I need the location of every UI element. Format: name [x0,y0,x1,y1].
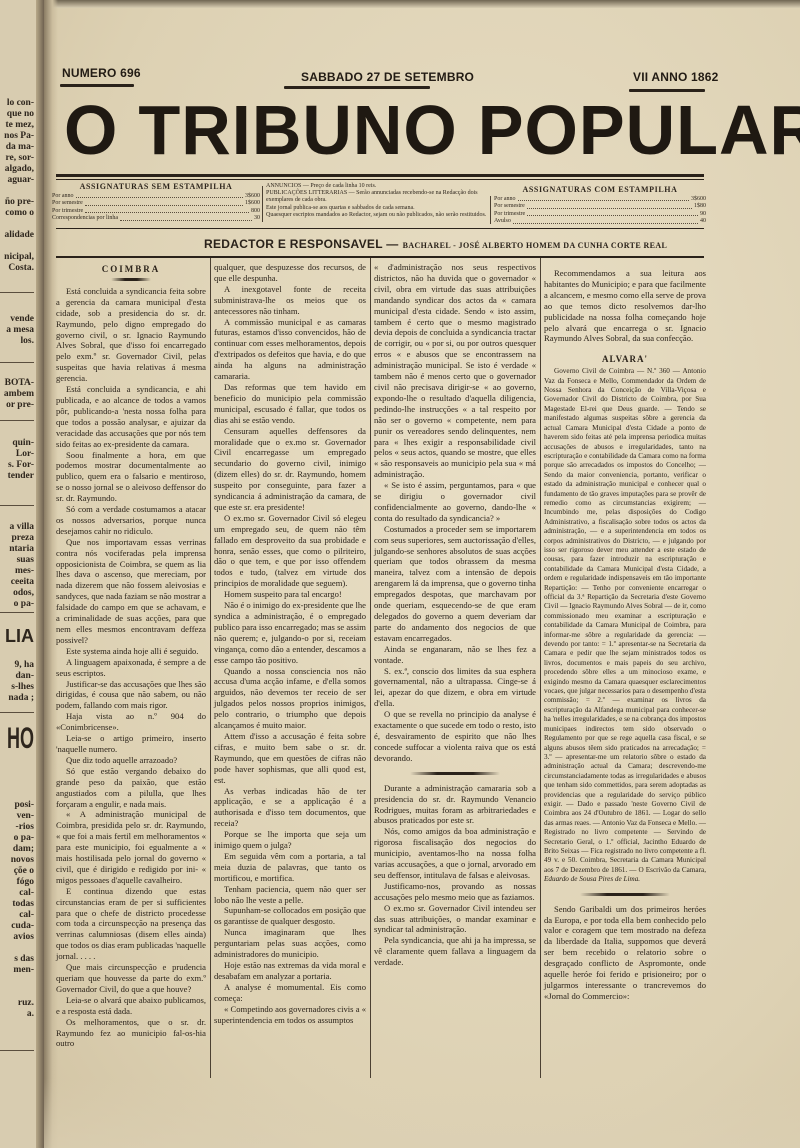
price-value: 3$600 [691,196,706,204]
intro-paragraph: Recommendamos a sua leitura aos habitant… [544,268,706,344]
divider [0,612,34,613]
paragraph: A linguagem apaixonada, é sempre a de se… [56,657,206,679]
quoted-paragraph: « A administração municipal de Coimbra, … [56,809,206,885]
price-row: Por trimestre800 [52,208,260,216]
paragraph: O ex.mo sr. Governador Civil intendeu se… [374,903,536,936]
price-label: Por anno [52,193,74,201]
paragraph: Que nos importavam essas verrinas contra… [56,537,206,646]
column-4: Recommendamos a sua leitura aos habitant… [544,262,706,1002]
column-3: « d'administração nos seus respectivos d… [374,262,536,968]
subscriptions-with-stamp: ASSIGNATURAS COM ESTAMPILHA Por anno3$60… [494,186,706,226]
announcement-literary: PUBLICAÇÕES LITTERARIAS — Serão annuncia… [266,190,488,204]
paragraph: Attem d'isso a accusação é feita sobre c… [214,731,366,786]
paragraph: A commissão municipal e as camaras futur… [214,317,366,382]
paragraph: A analyse é momumental. Eis como começa: [214,982,366,1004]
paragraph: Leia-se o alvará que abaixo publicamos, … [56,995,206,1017]
page-bottom-margin [44,1078,800,1148]
paragraph: Justificar-se das accusações que lhes sã… [56,679,206,712]
fragment-text-top: lo con- que no te mez, nos Pa- da ma- re… [4,98,34,274]
paragraph: A inexgotavel fonte de receita subminist… [214,284,366,317]
divider [0,420,34,421]
paragraph: Ainda se enganaram, não se lhes fez a vo… [374,644,536,666]
newspaper-page: NUMERO 696 SABBADO 27 DE SETEMBRO VII AN… [44,0,800,1148]
quoted-paragraph: « Competindo aos governadores civis a « … [214,1004,366,1026]
price-row: Por anno3$600 [494,196,706,204]
issue-date-underline [284,86,430,89]
announcements-notice: ANNUNCIOS — Preço de cada linha 10 reis.… [266,183,488,219]
section-heading-coimbra: COIMBRA [56,264,206,275]
paragraph: Soou finalmente a hora, em que podemos m… [56,450,206,505]
announcement-schedule: Este jornal publica-se aos quartas e sab… [266,205,488,212]
quoted-paragraph: « d'administração nos seus respectivos d… [374,262,536,480]
masthead-rule [56,174,704,177]
column-rule [210,258,211,1078]
issue-date: SABBADO 27 DE SETEMBRO [301,70,474,84]
paragraph: Homem suspeito para tal encargo! [214,589,366,600]
paragraph: O ex.mo sr. Governador Civil só elegeu u… [214,513,366,589]
price-label: Correspondencias por linha [52,215,118,223]
header-rule [56,228,704,229]
column-rule [370,258,371,1078]
alvara-signature: Eduardo de Sousa Pires de Lima. [544,875,640,883]
issue-number-underline [60,84,134,87]
paragraph: Em seguida vêm com a portaria, a tal mei… [214,851,366,884]
quoted-paragraph: « Se isto é assim, perguntamos, para « q… [374,480,536,524]
column-divider [490,196,491,224]
column-2: qualquer, que despuzesse dos recursos, d… [214,262,366,1025]
price-label: Por trimestre [52,208,83,216]
paragraph: Este systema ainda hoje alli é seguido. [56,646,206,657]
divider [0,292,34,293]
divider [0,712,34,713]
newspaper-title: O TRIBUNO POPULAR [64,90,691,170]
paragraph: Quando a nossa consciencia nos não accus… [214,666,366,731]
paragraph: Supunham-se collocados em posição que os… [214,905,366,927]
paragraph: Não é o inimigo do ex-presidente que lhe… [214,600,366,665]
page-edge [44,0,800,8]
paragraph: Justificamo-nos, provando as nossas accu… [374,881,536,903]
subscriptions-without-stamp-title: ASSIGNATURAS SEM ESTAMPILHA [52,183,260,191]
paragraph: Que diz todo aquelle arrazoado? [56,755,206,766]
paragraph: qualquer, que despuzesse dos recursos, d… [214,262,366,284]
fragment-text-bota: BOTA- ambem or pre- [4,378,34,411]
fragment-text-villa: a villa preza ntaria suas mes- ceeita od… [9,522,34,610]
price-label: Avulso [494,218,511,226]
paragraph: Nós, como amigos da boa administração e … [374,826,536,881]
fragment-text-mid: vende a mesa los. [6,314,34,347]
header-rule-bottom [56,256,704,258]
alvara-heading: ALVARA' [544,354,706,365]
column-rule [540,258,541,1078]
ornament-divider [580,893,670,896]
subscriptions-with-stamp-title: ASSIGNATURAS COM ESTAMPILHA [494,186,706,194]
announcement-manuscripts: Quaesquer escriptos mandados ao Redactor… [266,212,488,219]
price-value: 3$600 [245,193,260,201]
paragraph: Das reformas que tem havido em beneficio… [214,382,366,426]
price-value: 30 [254,215,260,223]
column-1: COIMBRA Está concluida a syndicancia fei… [56,262,206,1049]
paragraph: Nunca imaginaram que lhes perguntariam p… [214,927,366,960]
fragment-heading-iho: HO [7,722,34,756]
paragraph: Está concluida a syndicancia, e ahi publ… [56,384,206,449]
paragraph: Censuram aquelles deffensores da moralid… [214,426,366,513]
ornament-divider [111,278,151,281]
price-value: 1$600 [245,200,260,208]
issue-year: VII ANNO 1862 [633,70,719,84]
price-value: 40 [700,218,706,226]
alvara-text: Governo Civil de Coimbra — N.º 360 — Ant… [544,367,706,884]
fragment-heading-lia: LIA [5,626,34,647]
paragraph: E continua dizendo que estas circunstanc… [56,886,206,962]
paragraph: As verbas indicadas hão de ter applicaçã… [214,786,366,830]
column-divider [262,186,263,222]
paragraph: O que se revella no principio da analyse… [374,709,536,764]
price-label: Por anno [494,196,516,204]
paragraph: Só que estão vergando debaixo do grande … [56,766,206,810]
paragraph: Porque se lhe importa que seja um inimig… [214,829,366,851]
paragraph: Haja vista ao n.º 904 do «Conimbricense»… [56,711,206,733]
garibaldi-paragraph: Sendo Garibaldi um dos primeiros heróes … [544,904,706,1002]
price-value: 1$80 [694,203,706,211]
divider [0,362,34,363]
editor-line: REDACTOR E RESPONSAVEL —BACHAREL - JOSÉ … [204,235,667,253]
paragraph: Pela syndicancia, que ahi ja ha impressa… [374,935,536,968]
page-gutter [36,0,44,1148]
alvara-body: Governo Civil de Coimbra — N.º 360 — Ant… [544,367,706,874]
paragraph: Leia-se o artigo primeiro, inserto 'naqu… [56,733,206,755]
paragraph: Que mais circunspecção e prudencia queri… [56,962,206,995]
issue-number: NUMERO 696 [62,66,141,80]
paragraph: Tenham paciencia, quem não quer ser lobo… [214,884,366,906]
fragment-text-lia: 9, ha dan- s-lhes nada ; [8,660,34,704]
paragraph: Durante a administração camararia sob a … [374,783,536,827]
ornament-divider [410,772,500,775]
fragment-text-quin: quin- Lor- s. For- tender [8,438,34,482]
paragraph: Só com a verdade costumamos a atacar os … [56,504,206,537]
editor-label: REDACTOR E RESPONSAVEL — [204,237,399,251]
price-value: 800 [251,208,260,216]
editor-name: BACHAREL - JOSÉ ALBERTO HOMEM DA CUNHA C… [403,241,668,250]
price-row: Por semestre1$600 [52,200,260,208]
price-value: 90 [700,211,706,219]
price-row: Por semestre1$80 [494,203,706,211]
adjacent-page-fragment: lo con- que no te mez, nos Pa- da ma- re… [0,0,44,1148]
price-row: Por trimestre90 [494,211,706,219]
paragraph: Os melhoramentos, que o sr. dr. Raymundo… [56,1017,206,1050]
divider [0,505,34,506]
subscriptions-without-stamp: ASSIGNATURAS SEM ESTAMPILHA Por anno3$60… [52,183,260,223]
divider [0,1050,34,1051]
price-row: Por anno3$600 [52,193,260,201]
price-label: Por semestre [52,200,83,208]
price-label: Por semestre [494,203,525,211]
paragraph: Está concluida a syndicancia feita sobre… [56,286,206,384]
price-row: Avulso40 [494,218,706,226]
fragment-text-bottom: posi- ven- -rios o pa- dam; novos çõe o … [11,800,34,1020]
paragraph: S. ex.ª, conscio dos limites da sua esph… [374,666,536,710]
price-label: Por trimestre [494,211,525,219]
price-row: Correspondencias por linha30 [52,215,260,223]
paragraph: Hoje estão nas extremas da vida moral e … [214,960,366,982]
paragraph: Costumados a proceder sem se importarem … [374,524,536,644]
masthead-rule-thin [56,179,704,180]
